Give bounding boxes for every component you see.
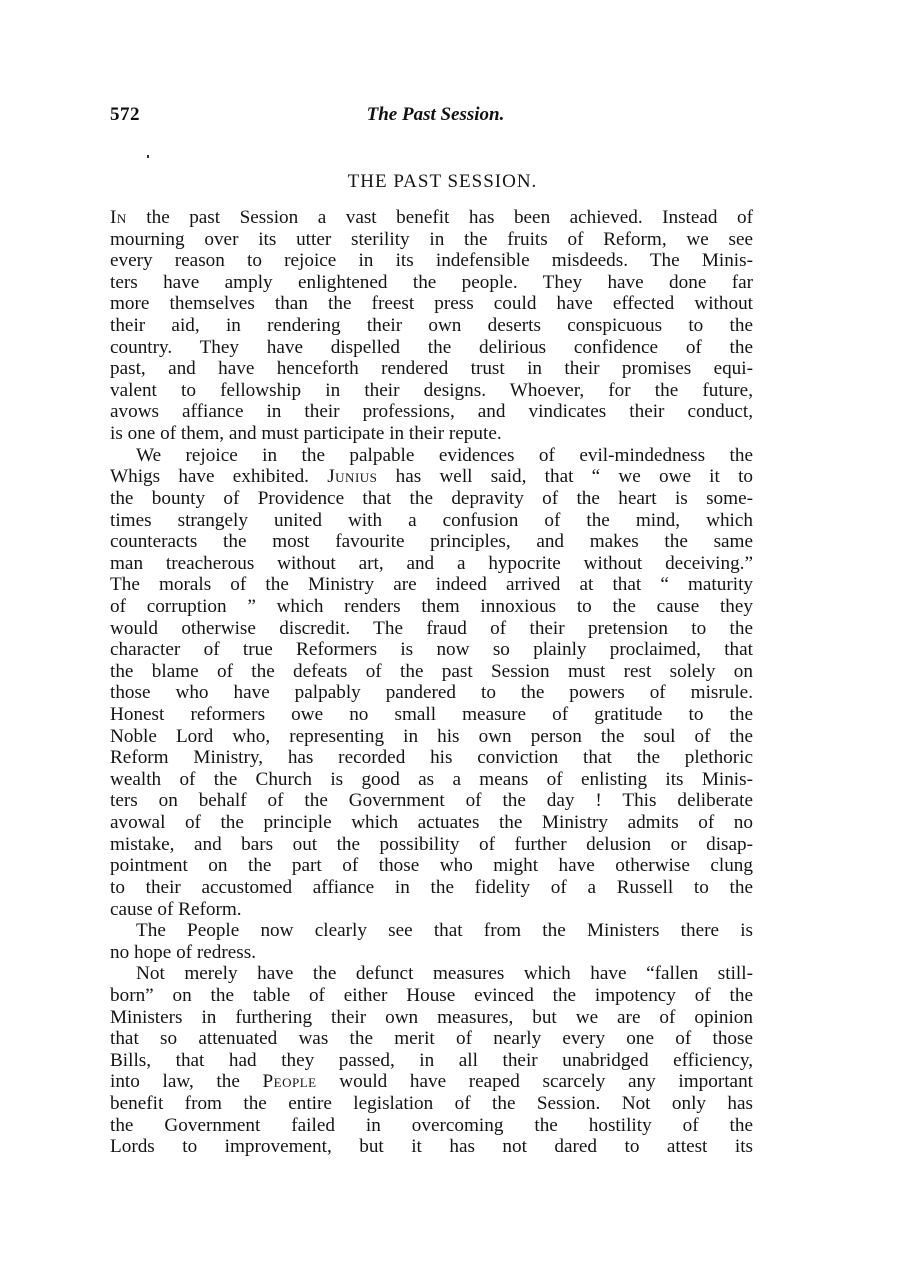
text-line: We rejoice in the palpable evidences of …: [110, 445, 753, 467]
text-line: counteracts the most favourite principle…: [110, 531, 753, 553]
text-line: the bounty of Providence that the deprav…: [110, 488, 753, 510]
text-line: valent to fellowship in their designs. W…: [110, 380, 753, 402]
text-line: ters on behalf of the Government of the …: [110, 790, 753, 812]
running-title: The Past Session.: [110, 104, 755, 126]
text-line: character of true Reformers is now so pl…: [110, 639, 753, 661]
small-caps-name: Junius: [327, 466, 377, 487]
text-line: Whigs have exhibited. Junius has well sa…: [110, 466, 753, 488]
text-line: Honest reformers owe no small measure of…: [110, 704, 753, 726]
text-line: Ministers in furthering their own measur…: [110, 1007, 753, 1029]
print-speck: [147, 155, 149, 158]
text-line: The morals of the Ministry are indeed ar…: [110, 574, 753, 596]
text-line: avowal of the principle which actuates t…: [110, 812, 753, 834]
text-line: no hope of redress.: [110, 942, 753, 964]
text-line: Not merely have the defunct measures whi…: [110, 963, 753, 985]
text-line: cause of Reform.: [110, 899, 753, 921]
text-line: benefit from the entire legislation of t…: [110, 1093, 753, 1115]
article-body: In the past Session a vast benefit has b…: [110, 207, 753, 1158]
text-line: their aid, in rendering their own desert…: [110, 315, 753, 337]
text-line: that so attenuated was the merit of near…: [110, 1028, 753, 1050]
text-line: to their accustomed affiance in the fide…: [110, 877, 753, 899]
text-line: country. They have dispelled the delirio…: [110, 337, 753, 359]
running-head: 572 The Past Session.: [110, 104, 755, 128]
text-line: into law, the People would have reaped s…: [110, 1071, 753, 1093]
text-line: Lords to improvement, but it has not dar…: [110, 1136, 753, 1158]
text-line: times strangely united with a confusion …: [110, 510, 753, 532]
text-line: is one of them, and must participate in …: [110, 423, 753, 445]
text-line: In the past Session a vast benefit has b…: [110, 207, 753, 229]
text-line: more themselves than the freest press co…: [110, 293, 753, 315]
text-line: mourning over its utter sterility in the…: [110, 229, 753, 251]
text-line: The People now clearly see that from the…: [110, 920, 753, 942]
text-line: would otherwise discredit. The fraud of …: [110, 618, 753, 640]
text-line: man treacherous without art, and a hypoc…: [110, 553, 753, 575]
article-title: THE PAST SESSION.: [110, 171, 765, 193]
small-caps-name: People: [263, 1071, 317, 1092]
text-line: ters have amply enlightened the people. …: [110, 272, 753, 294]
text-line: pointment on the part of those who might…: [110, 855, 753, 877]
text-line: Bills, that had they passed, in all thei…: [110, 1050, 753, 1072]
drop-word: In: [110, 207, 127, 228]
text-line: the Government failed in overcoming the …: [110, 1115, 753, 1137]
text-line: Reform Ministry, has recorded his convic…: [110, 747, 753, 769]
text-line: past, and have henceforth rendered trust…: [110, 358, 753, 380]
text-line: of corruption ” which renders them innox…: [110, 596, 753, 618]
text-line: those who have palpably pandered to the …: [110, 682, 753, 704]
text-line: Noble Lord who, representing in his own …: [110, 726, 753, 748]
text-line: the blame of the defeats of the past Ses…: [110, 661, 753, 683]
text-line: born” on the table of either House evinc…: [110, 985, 753, 1007]
text-line: avows affiance in their professions, and…: [110, 401, 753, 423]
text-line: mistake, and bars out the possibility of…: [110, 834, 753, 856]
text-line: wealth of the Church is good as a means …: [110, 769, 753, 791]
text-line: every reason to rejoice in its indefensi…: [110, 250, 753, 272]
